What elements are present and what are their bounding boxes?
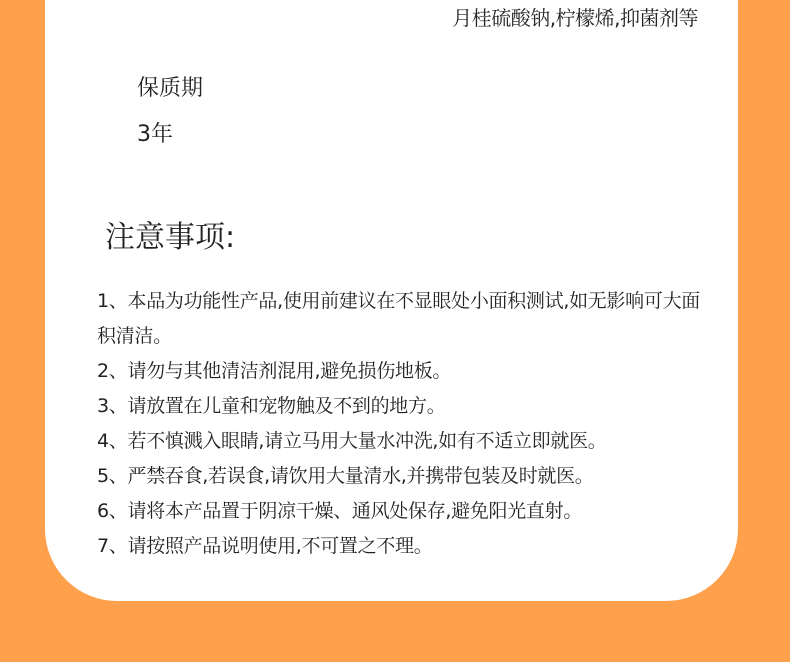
notes-title: 注意事项:: [105, 218, 235, 258]
note-item: 4、若不慎溅入眼睛,请立马用大量水冲洗,如有不适立即就医。: [97, 424, 709, 459]
note-item: 5、严禁吞食,若误食,请饮用大量清水,并携带包装及时就医。: [97, 459, 709, 494]
note-item: 7、请按照产品说明使用,不可置之不理。: [97, 529, 709, 564]
shelf-life-value: 3年: [137, 120, 173, 150]
note-item: 2、请勿与其他清洁剂混用,避免损伤地板。: [97, 354, 709, 389]
note-item: 6、请将本产品置于阴凉干燥、通风处保存,避免阳光直射。: [97, 494, 709, 529]
notes-list: 1、本品为功能性产品,使用前建议在不显眼处小面积测试,如无影响可大面积清洁。 2…: [97, 284, 709, 564]
note-item: 1、本品为功能性产品,使用前建议在不显眼处小面积测试,如无影响可大面积清洁。: [97, 284, 709, 354]
note-item: 3、请放置在儿童和宠物触及不到的地方。: [97, 389, 709, 424]
ingredients-text: 月桂硫酸钠,柠檬烯,抑菌剂等: [452, 4, 698, 32]
shelf-life-label: 保质期: [137, 74, 203, 104]
